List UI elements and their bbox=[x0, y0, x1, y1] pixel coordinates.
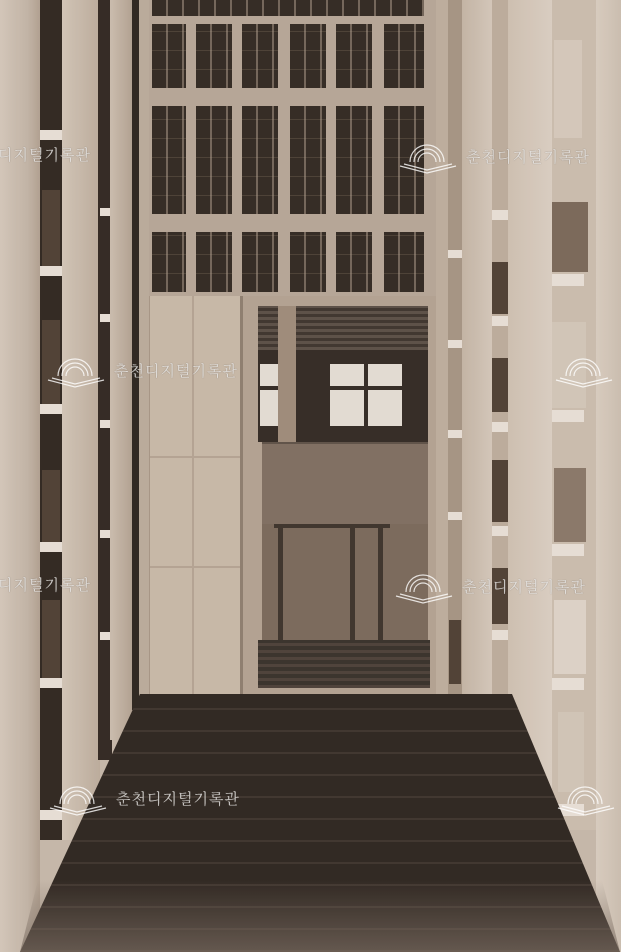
watermark-text: 춘천디지털기록관 bbox=[466, 146, 590, 167]
open-book-rainbow-logo-icon bbox=[554, 778, 616, 818]
watermark-text: 춘천디지털기록관 bbox=[462, 576, 586, 597]
watermark: 춘천디지털기록관 bbox=[392, 566, 586, 606]
watermark: 디지털기록관 bbox=[0, 144, 91, 165]
floor-highlight bbox=[20, 880, 620, 952]
watermark: 춘천디지털기록관 bbox=[396, 136, 590, 176]
watermark: 디지털기록관 bbox=[0, 574, 91, 595]
watermark bbox=[554, 778, 616, 818]
open-book-rainbow-logo-icon bbox=[44, 350, 106, 390]
open-book-rainbow-logo-icon bbox=[46, 778, 108, 818]
open-book-rainbow-logo-icon bbox=[396, 136, 458, 176]
right-shelf-upright bbox=[462, 0, 492, 760]
watermark-text: 디지털기록관 bbox=[0, 574, 91, 595]
watermark: 춘천디지털기록관 bbox=[44, 350, 238, 390]
watermark bbox=[552, 350, 614, 390]
watermark: 춘천디지털기록관 bbox=[46, 778, 240, 818]
left-shelf-upright bbox=[62, 0, 100, 840]
far-room-floor bbox=[258, 640, 430, 688]
open-book-rainbow-logo-icon bbox=[392, 566, 454, 606]
right-bookshelf-1 bbox=[548, 0, 598, 830]
blackboard bbox=[262, 442, 428, 526]
archival-photo: 디지털기록관 춘천디지털기록관 춘천디지털기록관 디지털기록관 bbox=[0, 0, 621, 952]
watermark-text: 춘천디지털기록관 bbox=[116, 788, 240, 809]
open-book-rainbow-logo-icon bbox=[552, 350, 614, 390]
doorway-post bbox=[278, 306, 296, 444]
back-wall-window-grid bbox=[146, 0, 436, 300]
watermark-text: 춘천디지털기록관 bbox=[114, 360, 238, 381]
left-wall bbox=[0, 0, 40, 952]
watermark-text: 디지털기록관 bbox=[0, 144, 91, 165]
